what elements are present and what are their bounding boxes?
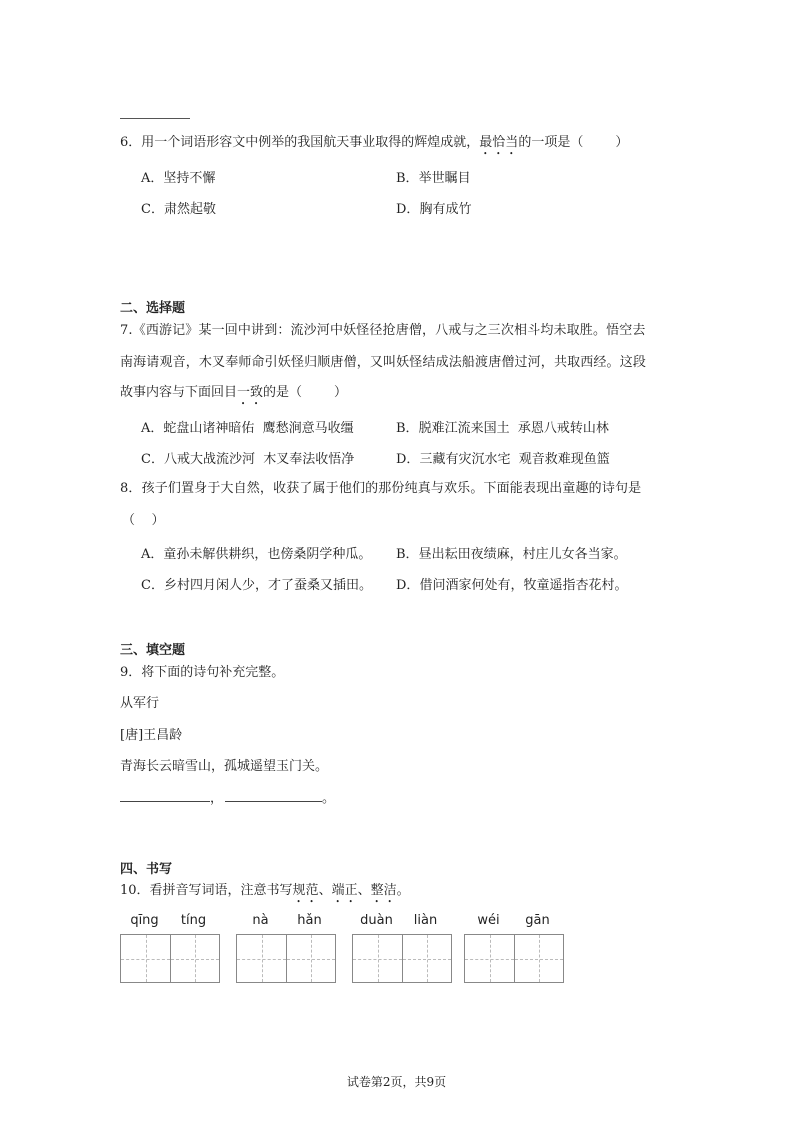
q8-answer-paren[interactable]: （ ） xyxy=(122,512,165,530)
q10-prompt: 10．看拼音写词语，注意书写规范、端正、整洁。 xyxy=(120,882,410,906)
option-text: 蛇盘山诸神暗佑 鹰愁涧意马收缰 xyxy=(163,421,353,436)
pinyin-label: hǎn xyxy=(285,913,334,928)
q7-option-a[interactable]: A．蛇盘山诸神暗佑 鹰愁涧意马收缰 xyxy=(141,417,354,436)
q10-text: 10．看拼音写词语，注意书写 xyxy=(120,883,293,898)
q7-option-d[interactable]: D．三藏有灾沉水宅 观音救难现鱼篮 xyxy=(396,448,610,467)
q7-line-2: 南海请观音，木叉奉师命引妖怪归顺唐僧，又叫妖怪结成法船渡唐僧过河，共取西经。这段 xyxy=(120,354,646,372)
q9-prompt: 9．将下面的诗句补充完整。 xyxy=(120,664,284,682)
option-label: B． xyxy=(396,547,419,562)
q10-sep: 、 xyxy=(319,883,332,898)
q8-option-b[interactable]: B．昼出耘田夜绩麻，村庄儿女各当家。 xyxy=(396,543,627,562)
q8-stem: 8．孩子们置身于大自然，收获了属于他们的那份纯真与欢乐。下面能表现出童趣的诗句是 xyxy=(120,480,641,498)
q8-option-d[interactable]: D．借问酒家何处有，牧童遥指杏花村。 xyxy=(396,574,627,593)
writing-cell[interactable] xyxy=(121,935,170,982)
writing-cell[interactable] xyxy=(353,935,402,982)
option-label: C． xyxy=(141,578,164,593)
tianzige-boxes xyxy=(236,934,336,983)
tianzige-boxes xyxy=(464,934,564,983)
q7-emphasis: 一致 xyxy=(237,385,263,400)
section-2-title: 二、选择题 xyxy=(120,297,185,316)
q6-text: 用一个词语形容文中例举的我国航天事业取得的辉煌成就， xyxy=(141,135,479,150)
pinyin-label: liàn xyxy=(401,913,450,928)
writing-cell[interactable] xyxy=(170,935,219,982)
pinyin-label: duàn xyxy=(352,913,401,928)
q8-option-c[interactable]: C．乡村四月闲人少，才了蚕桑又插田。 xyxy=(141,574,372,593)
q9-poem-title: 从军行 xyxy=(120,695,159,713)
option-text: 坚持不懈 xyxy=(163,171,215,186)
writing-cell[interactable] xyxy=(237,935,286,982)
section-4-title: 四、书写 xyxy=(120,858,172,877)
option-label: D． xyxy=(396,578,419,593)
q7-option-c[interactable]: C．八戒大战流沙河 木叉奉法收悟净 xyxy=(141,448,354,467)
tianzige-boxes xyxy=(120,934,220,983)
option-label: D． xyxy=(396,202,419,217)
option-label: B． xyxy=(396,421,419,436)
writing-grid-4: wéi gān xyxy=(464,913,564,984)
writing-cell[interactable] xyxy=(514,935,563,982)
q6-option-d[interactable]: D．胸有成竹 xyxy=(396,198,471,217)
q9-blanks: ，。 xyxy=(120,789,335,808)
q6-number: 6． xyxy=(120,135,141,150)
option-label: A． xyxy=(141,421,163,436)
writing-cell[interactable] xyxy=(465,935,514,982)
q9-poem-line: 青海长云暗雪山，孤城遥望玉门关。 xyxy=(120,758,328,776)
q7-text: 故事内容与下面回目 xyxy=(120,385,237,400)
page-footer: 试卷第2页，共9页 xyxy=(0,1073,793,1090)
top-divider-rule xyxy=(120,118,190,119)
pinyin-label: qīng xyxy=(120,913,169,928)
pinyin-label: gān xyxy=(513,913,562,928)
q7-paren-close: ） xyxy=(334,385,347,400)
q7-line-1: 7.《西游记》某一回中讲到：流沙河中妖怪径抢唐僧，八戒与之三次相斗均未取胜。悟空… xyxy=(120,322,646,340)
writing-grid-1: qīng tíng xyxy=(120,913,220,984)
writing-cell[interactable] xyxy=(402,935,451,982)
option-label: C． xyxy=(141,202,164,217)
q6-option-b[interactable]: B．举世瞩目 xyxy=(396,167,471,186)
tianzige-boxes xyxy=(352,934,452,983)
option-text: 脱难江流来国土 承恩八戒转山林 xyxy=(419,421,609,436)
option-label: A． xyxy=(141,171,163,186)
option-text: 童孙未解供耕织，也傍桑阴学种瓜。 xyxy=(163,547,371,562)
q10-period: 。 xyxy=(397,883,410,898)
pinyin-label: tíng xyxy=(169,913,218,928)
q7-line-3: 故事内容与下面回目一致的是（） xyxy=(120,384,347,408)
q9-poem-author: [唐]王昌龄 xyxy=(120,727,182,745)
option-label: C． xyxy=(141,452,164,467)
option-label: B． xyxy=(396,171,419,186)
option-text: 昼出耘田夜绩麻，村庄儿女各当家。 xyxy=(419,547,627,562)
q9-comma: ， xyxy=(210,791,223,806)
q10-emphasis-3: 整洁 xyxy=(371,883,397,898)
option-label: D． xyxy=(396,452,419,467)
q10-emphasis-1: 规范 xyxy=(293,883,319,898)
q9-period: 。 xyxy=(322,791,335,806)
section-3-title: 三、填空题 xyxy=(120,639,185,658)
pinyin-label: wéi xyxy=(464,913,513,928)
q6-text-after: 的一项是（ xyxy=(518,135,583,150)
option-text: 胸有成竹 xyxy=(419,202,471,217)
question-6-stem: 6．用一个词语形容文中例举的我国航天事业取得的辉煌成就，最恰当的一项是（） xyxy=(120,134,628,158)
option-text: 肃然起敬 xyxy=(164,202,216,217)
pinyin-label: nà xyxy=(236,913,285,928)
q6-option-c[interactable]: C．肃然起敬 xyxy=(141,198,216,217)
q9-blank-2[interactable] xyxy=(225,789,322,802)
writing-grid-2: nà hǎn xyxy=(236,913,336,984)
option-text: 八戒大战流沙河 木叉奉法收悟净 xyxy=(164,452,354,467)
writing-cell[interactable] xyxy=(286,935,335,982)
q10-emphasis-2: 端正 xyxy=(332,883,358,898)
option-text: 乡村四月闲人少，才了蚕桑又插田。 xyxy=(164,578,372,593)
q7-text-after: 的是（ xyxy=(263,385,302,400)
q8-option-a[interactable]: A．童孙未解供耕织，也傍桑阴学种瓜。 xyxy=(141,543,371,562)
option-text: 举世瞩目 xyxy=(419,171,471,186)
q6-paren-close: ） xyxy=(615,135,628,150)
option-label: A． xyxy=(141,547,163,562)
q10-sep: 、 xyxy=(358,883,371,898)
writing-grid-3: duàn liàn xyxy=(352,913,452,984)
q7-option-b[interactable]: B．脱难江流来国土 承恩八戒转山林 xyxy=(396,417,609,436)
option-text: 借问酒家何处有，牧童遥指杏花村。 xyxy=(419,578,627,593)
q9-blank-1[interactable] xyxy=(120,789,210,802)
option-text: 三藏有灾沉水宅 观音救难现鱼篮 xyxy=(419,452,609,467)
q6-emphasis: 最恰当 xyxy=(479,135,518,150)
q6-option-a[interactable]: A．坚持不懈 xyxy=(141,167,215,186)
